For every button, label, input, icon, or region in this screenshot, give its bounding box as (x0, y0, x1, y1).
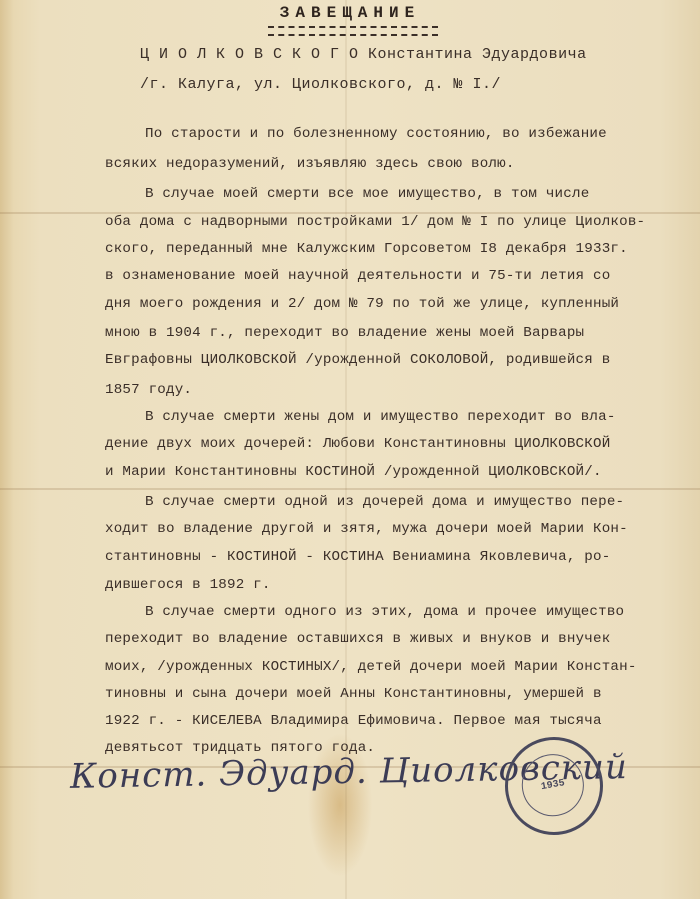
text-line: По старости и по болезненному состоянию,… (145, 126, 607, 142)
stamp-center: 1935 (517, 749, 589, 821)
text-line: моих, /урожденных КОСТИНЫХ/, детей дочер… (105, 659, 637, 675)
paper-fold-line (0, 488, 700, 490)
text-line: Евграфовны ЦИОЛКОВСКОЙ /урожденной СОКОЛ… (105, 352, 610, 368)
testator-address: /г. Калуга, ул. Циолковского, д. № I./ (140, 76, 501, 93)
text-line: оба дома с надворными постройками 1/ дом… (105, 214, 645, 230)
text-line: ского, переданный мне Калужским Горсовет… (105, 241, 628, 257)
text-line: 1922 г. - КИСЕЛЕВА Владимира Ефимовича. … (105, 713, 602, 729)
will-document-page: ЗАВЕЩАНИЕ Ц И О Л К О В С К О Г О Конста… (0, 0, 700, 899)
text-line: всяких недоразумений, изъявляю здесь сво… (105, 156, 515, 172)
text-line: В случае смерти одного из этих, дома и п… (145, 604, 624, 620)
document-title: ЗАВЕЩАНИЕ (0, 4, 700, 22)
text-line: переходит во владение оставшихся в живых… (105, 631, 610, 647)
text-line: стантиновны - КОСТИНОЙ - КОСТИНА Вениами… (105, 549, 610, 565)
title-underline (268, 26, 438, 36)
text-line: и Марии Константиновны КОСТИНОЙ /урожден… (105, 464, 602, 480)
text-line: дившегося в 1892 г. (105, 577, 271, 593)
text-line: В случае смерти жены дом и имущество пер… (145, 409, 616, 425)
text-line: В случае смерти одной из дочерей дома и … (145, 494, 624, 510)
text-line: 1857 году. (105, 382, 192, 398)
text-line: дня моего рождения и 2/ дом № 79 по той … (105, 296, 619, 312)
official-stamp-seal: 1935 (497, 729, 611, 843)
text-line: в ознаменование моей научной деятельност… (105, 268, 610, 284)
testator-name: Ц И О Л К О В С К О Г О Константина Эдуа… (140, 46, 587, 63)
text-line: ходит во владение другой и зятя, мужа до… (105, 521, 628, 537)
text-line: мною в 1904 г., переходит во владение же… (105, 325, 584, 341)
text-line: В случае моей смерти все мое имущество, … (145, 186, 589, 202)
text-line: тиновны и сына дочери моей Анны Констант… (105, 686, 602, 702)
text-line: дение двух моих дочерей: Любови Констант… (105, 436, 610, 452)
